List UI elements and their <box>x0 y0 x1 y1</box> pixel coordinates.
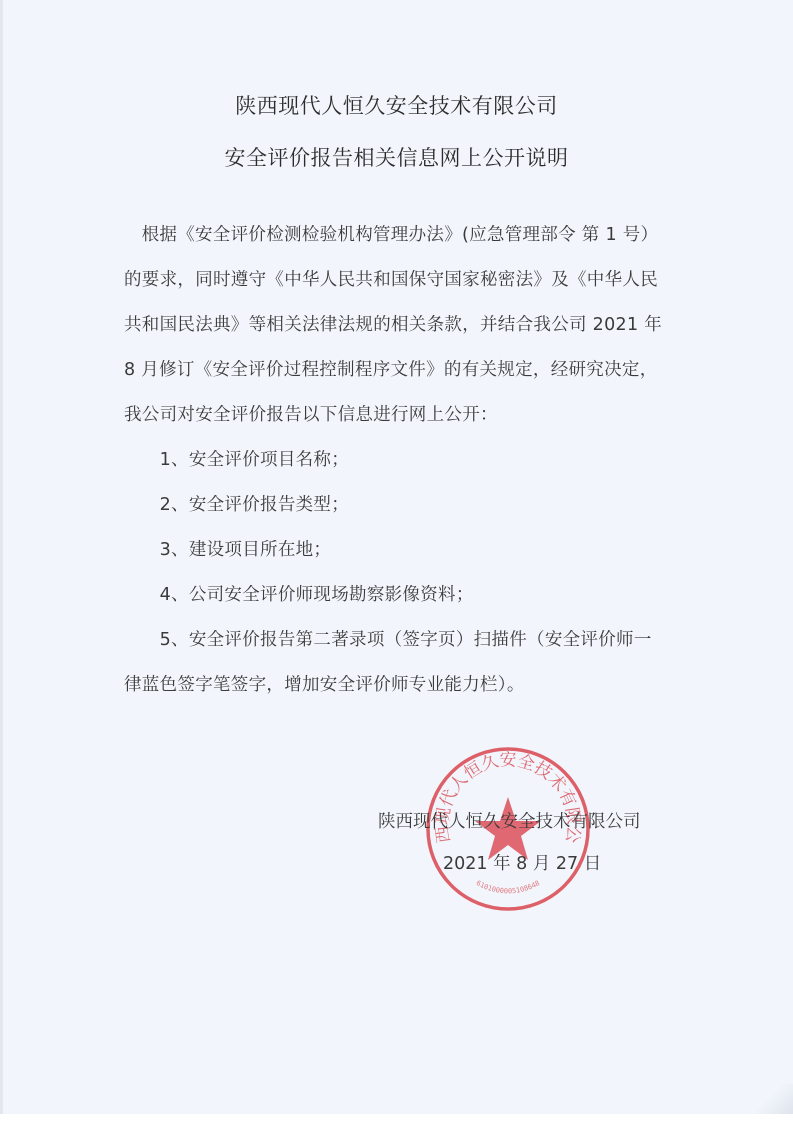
list-item-1: 1、安全评价项目名称； <box>124 446 349 471</box>
seal-code: 6101000005108648 <box>475 879 541 895</box>
signature-company: 陕西现代人恒久安全技术有限公司 <box>378 808 641 833</box>
body-line-2: 的要求，同时遵守《中华人民共和国保守国家秘密法》及《中华人民 <box>124 266 658 291</box>
scan-bottom-edge <box>0 1114 793 1122</box>
svg-text:6101000005108648: 6101000005108648 <box>475 879 541 895</box>
body-line-5: 我公司对安全评价报告以下信息进行网上公开： <box>124 401 498 426</box>
signature-date: 2021 年 8 月 27 日 <box>443 850 601 875</box>
list-item-2: 2、安全评价报告类型； <box>124 491 349 516</box>
list-item-5-continued: 律蓝色签字笔签字，增加安全评价师专业能力栏）。 <box>124 671 525 696</box>
scan-corner-shadow <box>753 1084 793 1114</box>
list-item-3: 3、建设项目所在地； <box>124 536 331 561</box>
document-page: 陕西现代人恒久安全技术有限公司 安全评价报告相关信息网上公开说明 根据《安全评价… <box>0 0 793 1122</box>
list-item-4: 4、公司安全评价师现场勘察影像资料； <box>124 581 474 606</box>
body-line-4: 8 月修订《安全评价过程控制程序文件》的有关规定，经研究决定， <box>124 356 658 381</box>
document-title-company: 陕西现代人恒久安全技术有限公司 <box>0 90 793 120</box>
document-title-subject: 安全评价报告相关信息网上公开说明 <box>0 142 793 172</box>
body-line-3: 共和国民法典》等相关法律法规的相关条款，并结合我公司 2021 年 <box>124 311 662 336</box>
list-item-5: 5、安全评价报告第二著录项（签字页）扫描件（安全评价师一 <box>124 626 652 651</box>
body-line-1: 根据《安全评价检测检验机构管理办法》(应急管理部令 第 1 号） <box>106 221 658 246</box>
